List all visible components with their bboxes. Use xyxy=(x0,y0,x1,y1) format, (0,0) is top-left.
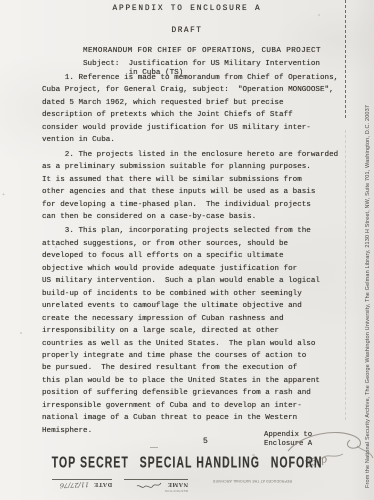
signature-scribble xyxy=(136,481,162,489)
memo-line: other agencies and that these inputs wil… xyxy=(42,186,344,198)
memo-line: description of pretexts which the Joint … xyxy=(42,109,344,121)
date-label: DATE xyxy=(94,481,113,487)
name-label: NAME xyxy=(167,481,188,487)
paper-speck xyxy=(318,14,320,16)
stamp-special-handling: SPECIAL HANDLING xyxy=(140,454,260,471)
memo-line: US military intervention. Such a plan wo… xyxy=(42,275,344,287)
memo-line: attached suggestions, or from other sour… xyxy=(42,238,344,250)
memo-for-line: MEMORANDUM FOR CHIEF OF OPERATIONS, CUBA… xyxy=(83,47,321,55)
form-date-field: DATE 11/27/76 xyxy=(52,479,112,489)
memo-line: 1. Reference is made to memorandum from … xyxy=(42,72,344,84)
memo-line: build-up of incidents to be combined wit… xyxy=(42,288,344,300)
memo-paragraph: 3. This plan, incorporating projects sel… xyxy=(42,225,344,437)
memo-line: properly integrate and time phase the co… xyxy=(42,350,344,362)
memo-line: dated 5 March 1962, which requested brie… xyxy=(42,97,344,109)
draft-label: DRAFT xyxy=(0,27,374,35)
form-name-field: RESTRICTION NAME xyxy=(124,479,188,493)
memo-line: It is assumed that there will be similar… xyxy=(42,174,344,186)
inverted-form-stamp: REPRODUCED AT THE NATIONAL ARCHIVES REST… xyxy=(52,479,292,498)
form-fine-print-field: REPRODUCED AT THE NATIONAL ARCHIVES xyxy=(200,479,292,483)
memo-line: developed to focus all efforts on a spec… xyxy=(42,250,344,262)
appendix-header: APPENDIX TO ENCLOSURE A xyxy=(0,5,374,13)
stamp-noforn: NOFORN xyxy=(271,454,323,471)
memo-line: irresponsibility on a large scale, direc… xyxy=(42,325,344,337)
pencil-dash-mark xyxy=(150,447,158,448)
document-page: + APPENDIX TO ENCLOSURE A DRAFT MEMORAND… xyxy=(0,0,374,500)
name-sub-label: RESTRICTION xyxy=(124,489,188,493)
memo-line: Cuba Project, for General Craig, subject… xyxy=(42,84,344,96)
memo-line: unrelated events to camouflage the ultim… xyxy=(42,300,344,312)
fine-print-text: REPRODUCED AT THE NATIONAL ARCHIVES xyxy=(200,479,292,483)
memo-line: as a preliminary submission suitable for… xyxy=(42,161,344,173)
memo-line: for developing a time-phased plan. The i… xyxy=(42,199,344,211)
archive-attribution: From the National Security Archive, The … xyxy=(365,30,371,488)
memo-line: create the necessary impression of Cuban… xyxy=(42,313,344,325)
stamp-top-secret: TOP SECRET xyxy=(52,454,129,471)
memo-line: countries as well as the United States. … xyxy=(42,338,344,350)
page-number: 5 xyxy=(203,437,208,446)
paper-speck: + xyxy=(2,192,5,198)
memo-line: this plan would be to place the United S… xyxy=(42,375,344,387)
classification-stamp: TOP SECRET SPECIAL HANDLING NOFORN xyxy=(0,455,374,471)
name-rule-line xyxy=(124,479,188,480)
memo-line: position of suffering defensible grievan… xyxy=(42,387,344,399)
memo-line: 3. This plan, incorporating projects sel… xyxy=(42,225,344,237)
paper-speck xyxy=(20,332,22,334)
memo-body: 1. Reference is made to memorandum from … xyxy=(42,72,344,439)
memo-line: objective which would provide adequate j… xyxy=(42,263,344,275)
memo-paragraph: 1. Reference is made to memorandum from … xyxy=(42,72,344,147)
memo-line: can then be considered on a case-by-case… xyxy=(42,211,344,223)
handwritten-date: 11/27/76 xyxy=(59,480,88,489)
memo-paragraph: 2. The projects listed in the enclosure … xyxy=(42,149,344,224)
memo-line: consider would provide justification for… xyxy=(42,122,344,134)
scan-fold-line-mid xyxy=(345,130,346,420)
scan-fold-line-top xyxy=(345,0,346,118)
memo-line: be pursued. The desired resultant from t… xyxy=(42,362,344,374)
memo-line: irresponsible government of Cuba and to … xyxy=(42,400,344,412)
memo-line: vention in Cuba. xyxy=(42,134,344,146)
memo-line: 2. The projects listed in the enclosure … xyxy=(42,149,344,161)
memo-line: national image of a Cuban threat to peac… xyxy=(42,412,344,424)
